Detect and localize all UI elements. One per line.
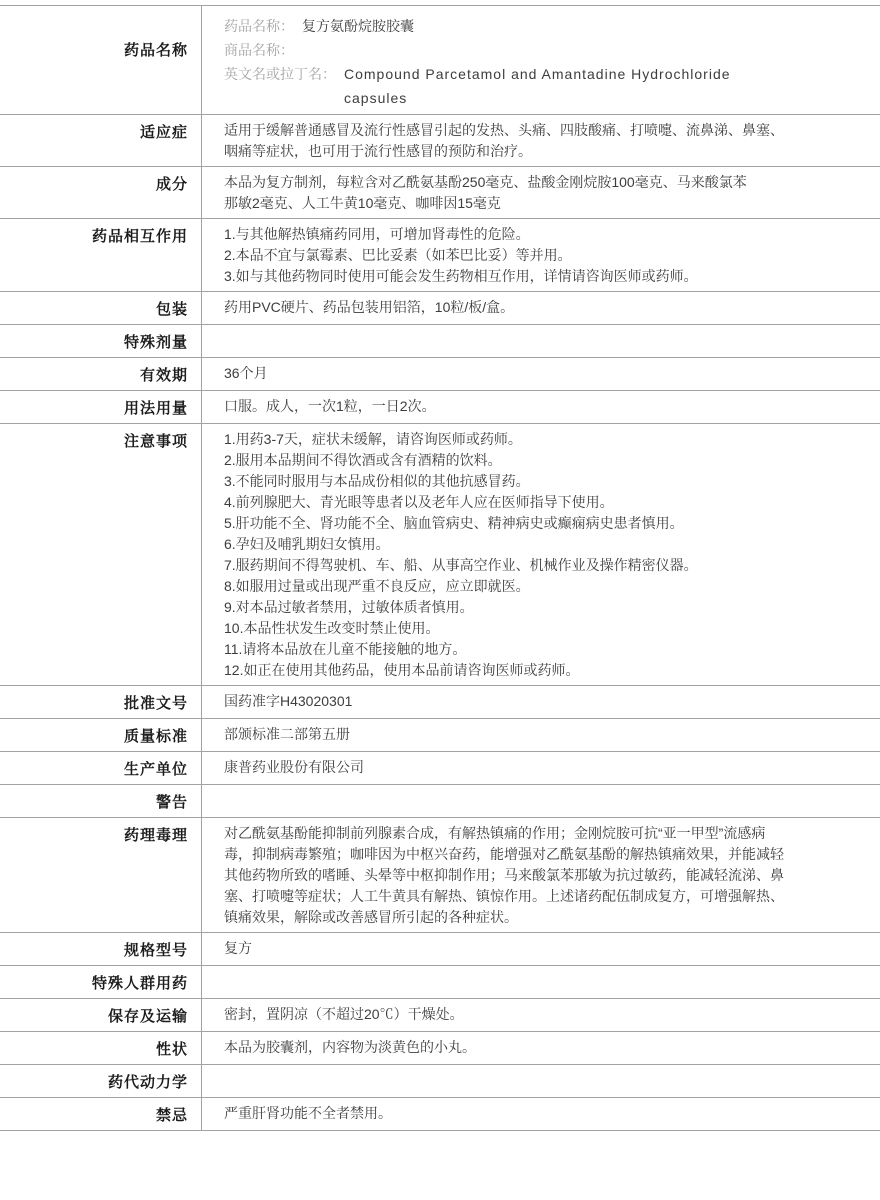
table-row-pharmacology-toxicology: 药理毒理 对乙酰氨基酚能抑制前列腺素合成，有解热镇痛的作用；金刚烷胺可抗“亚一甲… bbox=[0, 818, 880, 933]
row-label: 生产单位 bbox=[0, 752, 201, 784]
table-row-pharmacokinetics: 药代动力学 bbox=[0, 1065, 880, 1098]
table-row-dosage-administration: 用法用量 口服。成人，一次1粒，一日2次。 bbox=[0, 391, 880, 424]
row-content: 1.与其他解热镇痛药同用，可增加肾毒性的危险。 2.本品不宜与氯霉素、巴比妥素（… bbox=[201, 219, 880, 291]
row-content: 本品为胶囊剂，内容物为淡黄色的小丸。 bbox=[201, 1032, 880, 1064]
table-row-indications: 适应症 适用于缓解普通感冒及流行性感冒引起的发热、头痛、四肢酸痛、打喷嚏、流鼻涕… bbox=[0, 115, 880, 167]
row-content: 密封，置阴凉（不超过20℃）干燥处。 bbox=[201, 999, 880, 1031]
drug-info-page: 药品名称 药品名称： 复方氨酚烷胺胶囊 商品名称： 英文名或拉丁名： Compo… bbox=[0, 0, 880, 1200]
row-label: 药品名称 bbox=[0, 6, 201, 114]
row-label: 用法用量 bbox=[0, 391, 201, 423]
row-label: 禁忌 bbox=[0, 1098, 201, 1130]
row-label: 适应症 bbox=[0, 115, 201, 166]
table-row-description: 性状 本品为胶囊剂，内容物为淡黄色的小丸。 bbox=[0, 1032, 880, 1065]
row-label: 药理毒理 bbox=[0, 818, 201, 932]
table-row-precautions: 注意事项 1.用药3-7天，症状未缓解，请咨询医师或药师。 2.服用本品期间不得… bbox=[0, 424, 880, 686]
row-content: 部颁标准二部第五册 bbox=[201, 719, 880, 751]
drug-name-field: 药品名称： 复方氨酚烷胺胶囊 bbox=[224, 14, 852, 38]
table-row-approval-number: 批准文号 国药准字H43020301 bbox=[0, 686, 880, 719]
drug-info-table: 药品名称 药品名称： 复方氨酚烷胺胶囊 商品名称： 英文名或拉丁名： Compo… bbox=[0, 5, 880, 1131]
row-content bbox=[201, 966, 880, 998]
row-content bbox=[201, 1065, 880, 1097]
table-row-special-populations: 特殊人群用药 bbox=[0, 966, 880, 999]
row-content bbox=[201, 785, 880, 817]
row-content: 复方 bbox=[201, 933, 880, 965]
row-content: 药用PVC硬片、药品包装用铝箔，10粒/板/盒。 bbox=[201, 292, 880, 324]
row-label: 批准文号 bbox=[0, 686, 201, 718]
row-content: 口服。成人，一次1粒，一日2次。 bbox=[201, 391, 880, 423]
field-value: 复方氨酚烷胺胶囊 bbox=[302, 14, 414, 38]
row-label: 警告 bbox=[0, 785, 201, 817]
row-label: 药品相互作用 bbox=[0, 219, 201, 291]
table-row-warning: 警告 bbox=[0, 785, 880, 818]
row-content: 国药准字H43020301 bbox=[201, 686, 880, 718]
field-value: Compound Parcetamol and Amantadine Hydro… bbox=[344, 62, 731, 110]
row-label: 质量标准 bbox=[0, 719, 201, 751]
row-label: 规格型号 bbox=[0, 933, 201, 965]
row-label: 包装 bbox=[0, 292, 201, 324]
row-label: 成分 bbox=[0, 167, 201, 218]
trade-name-field: 商品名称： bbox=[224, 38, 852, 62]
row-content: 对乙酰氨基酚能抑制前列腺素合成，有解热镇痛的作用；金刚烷胺可抗“亚一甲型”流感病… bbox=[201, 818, 880, 932]
table-row-contraindications: 禁忌 严重肝肾功能不全者禁用。 bbox=[0, 1098, 880, 1131]
row-label: 注意事项 bbox=[0, 424, 201, 685]
table-row-shelf-life: 有效期 36个月 bbox=[0, 358, 880, 391]
field-key: 药品名称： bbox=[224, 14, 294, 38]
table-row-manufacturer: 生产单位 康普药业股份有限公司 bbox=[0, 752, 880, 785]
field-key: 英文名或拉丁名： bbox=[224, 62, 336, 110]
row-label: 特殊人群用药 bbox=[0, 966, 201, 998]
table-row-ingredients: 成分 本品为复方制剂，每粒含对乙酰氨基酚250毫克、盐酸金刚烷胺100毫克、马来… bbox=[0, 167, 880, 219]
row-label: 性状 bbox=[0, 1032, 201, 1064]
row-content: 严重肝肾功能不全者禁用。 bbox=[201, 1098, 880, 1130]
row-content bbox=[201, 325, 880, 357]
english-name-field: 英文名或拉丁名： Compound Parcetamol and Amantad… bbox=[224, 62, 852, 110]
table-row-drug-interactions: 药品相互作用 1.与其他解热镇痛药同用，可增加肾毒性的危险。 2.本品不宜与氯霉… bbox=[0, 219, 880, 292]
row-label: 药代动力学 bbox=[0, 1065, 201, 1097]
row-label: 有效期 bbox=[0, 358, 201, 390]
table-row-drug-name: 药品名称 药品名称： 复方氨酚烷胺胶囊 商品名称： 英文名或拉丁名： Compo… bbox=[0, 6, 880, 115]
row-content: 适用于缓解普通感冒及流行性感冒引起的发热、头痛、四肢酸痛、打喷嚏、流鼻涕、鼻塞、… bbox=[201, 115, 880, 166]
table-row-quality-standard: 质量标准 部颁标准二部第五册 bbox=[0, 719, 880, 752]
row-label: 保存及运输 bbox=[0, 999, 201, 1031]
table-row-specification: 规格型号 复方 bbox=[0, 933, 880, 966]
row-content: 本品为复方制剂，每粒含对乙酰氨基酚250毫克、盐酸金刚烷胺100毫克、马来酸氯苯… bbox=[201, 167, 880, 218]
table-row-packaging: 包装 药用PVC硬片、药品包装用铝箔，10粒/板/盒。 bbox=[0, 292, 880, 325]
row-content: 康普药业股份有限公司 bbox=[201, 752, 880, 784]
row-content: 36个月 bbox=[201, 358, 880, 390]
row-content: 药品名称： 复方氨酚烷胺胶囊 商品名称： 英文名或拉丁名： Compound P… bbox=[201, 6, 880, 114]
row-content: 1.用药3-7天，症状未缓解，请咨询医师或药师。 2.服用本品期间不得饮酒或含有… bbox=[201, 424, 880, 685]
table-row-storage-transport: 保存及运输 密封，置阴凉（不超过20℃）干燥处。 bbox=[0, 999, 880, 1032]
row-label: 特殊剂量 bbox=[0, 325, 201, 357]
table-row-special-dosage: 特殊剂量 bbox=[0, 325, 880, 358]
field-key: 商品名称： bbox=[224, 38, 294, 62]
